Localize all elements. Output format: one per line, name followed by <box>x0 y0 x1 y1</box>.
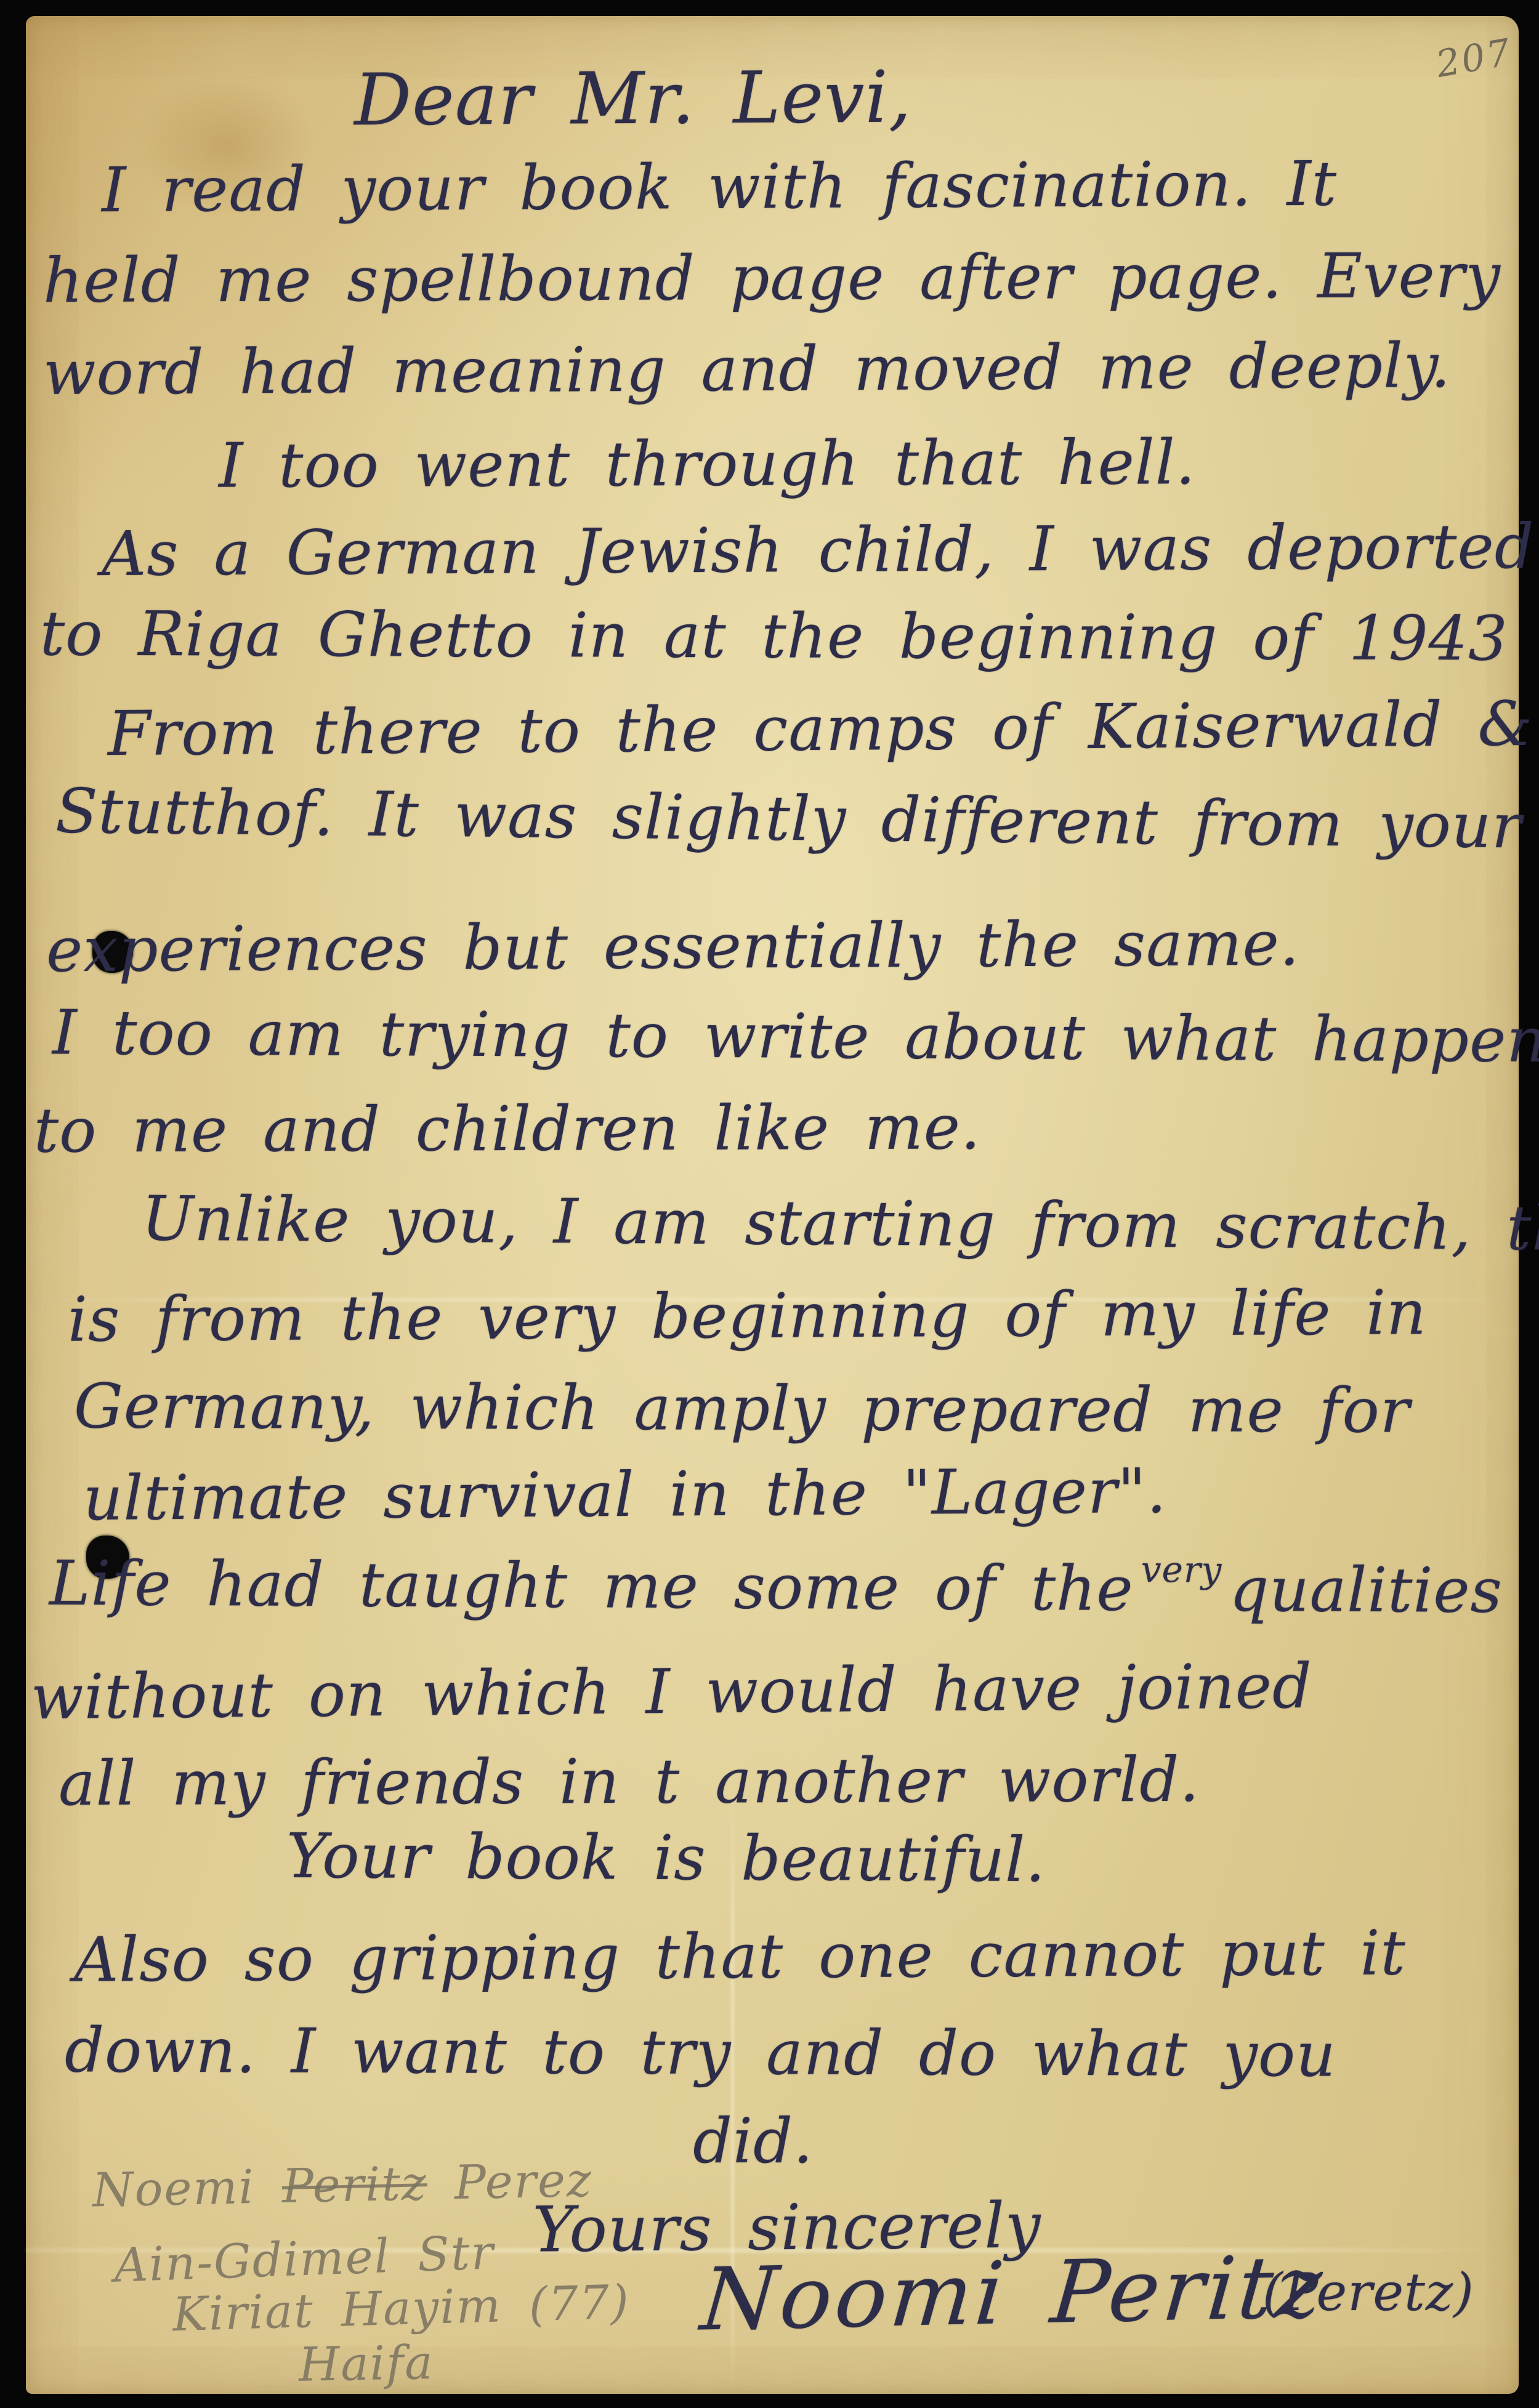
signature-maiden-name: (Peretz) <box>1262 2263 1474 2321</box>
letter-line: Unlike you, I am starting from scratch, … <box>142 1185 1539 1264</box>
letter-line: Also so gripping that one cannot put it <box>74 1919 1406 1994</box>
address-last-name: Perez <box>454 2152 593 2210</box>
letter-line: As a German Jewish child, I was deported <box>102 512 1535 589</box>
letter-line: down. I want to try and do what you <box>65 2016 1336 2089</box>
letter-paper: 207 Dear Mr. Levi, I read your book with… <box>26 16 1519 2394</box>
address-struck-name: Peritz <box>281 2156 428 2213</box>
pencil-address-town: Haifa <box>298 2335 434 2392</box>
letter-line-with-insertion: Life had taught me some of theveryqualit… <box>49 1549 1503 1625</box>
address-first-name: Noemi <box>92 2159 255 2218</box>
letter-line-part: qualities <box>1229 1553 1503 1627</box>
signature: Noomi Peritz <box>697 2239 1328 2349</box>
letter-line: Your book is beautiful. <box>286 1822 1046 1895</box>
scanned-letter-photo: 207 Dear Mr. Levi, I read your book with… <box>0 0 1539 2408</box>
letter-line: word had meaning and moved me deeply. <box>43 331 1451 408</box>
letter-line: I too am trying to write about what happ… <box>52 998 1539 1075</box>
letter-line: I too went through that hell. <box>219 428 1196 501</box>
letter-line: experiences but essentially the same. <box>46 909 1300 985</box>
letter-line: all my friends in t another world. <box>59 1746 1200 1818</box>
letter-line: to me and children like me. <box>34 1093 981 1165</box>
letter-line: Germany, which amply prepared me for <box>74 1372 1410 1446</box>
letter-line: to Riga Ghetto in at the beginning of 19… <box>40 599 1539 674</box>
letter-line: I read your book with fascination. It <box>102 150 1338 225</box>
letter-line: without on which I would have joined <box>31 1652 1313 1732</box>
inserted-word: very <box>1141 1550 1222 1590</box>
letter-salutation: Dear Mr. Levi, <box>354 58 912 141</box>
letter-line: is from the very beginning of my life in <box>68 1278 1427 1355</box>
page-number: 207 <box>1433 31 1516 86</box>
letter-line: held me spellbound page after page. Ever… <box>43 241 1501 315</box>
letter-line: did. <box>693 2107 814 2176</box>
letter-line: ultimate survival in the "Lager". <box>83 1457 1167 1533</box>
letter-line: From there to the camps of Kaiserwald & <box>108 690 1533 768</box>
pencil-address-name: Noemi Peritz Perez <box>92 2152 593 2218</box>
letter-line-part: Life had taught me some of the <box>49 1547 1134 1625</box>
letter-line: Stutthof. It was slightly different from… <box>55 777 1522 861</box>
